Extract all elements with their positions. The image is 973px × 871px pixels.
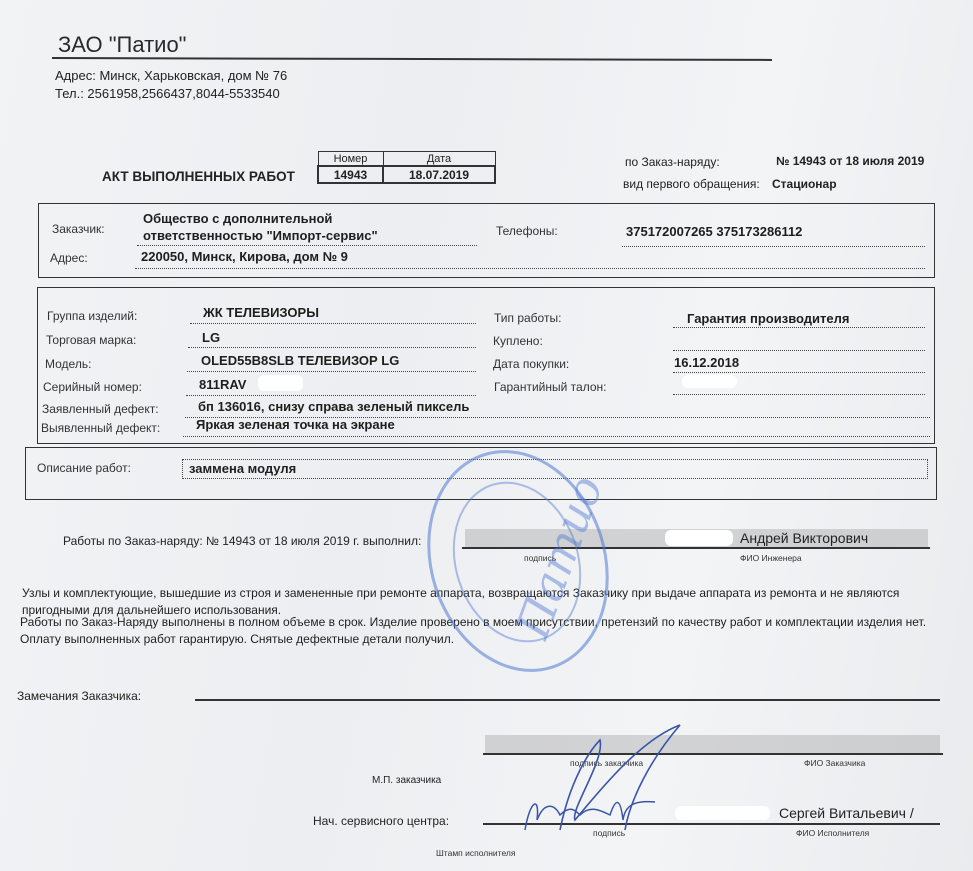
customer-name-caption: ФИО Заказчика (804, 758, 865, 768)
warranty-redaction (682, 375, 737, 388)
work-description-label: Описание работ: (37, 461, 131, 475)
found-defect-value: Яркая зеленая точка на экране (196, 417, 395, 432)
head-name: Сергей Витальевич / (779, 805, 914, 821)
act-date: 18.07.2019 (383, 166, 495, 183)
head-signature-icon (515, 790, 665, 840)
header-divider (52, 57, 772, 61)
purchase-date-value: 16.12.2018 (674, 355, 739, 370)
engineer-caption: ФИО Инженера (740, 553, 802, 563)
work-type-value: Гарантия производителя (687, 311, 849, 326)
head-name-caption: ФИО Исполнителя (796, 828, 869, 838)
visit-type-label: вид первого обращения: (623, 177, 760, 191)
group-underline (190, 323, 476, 324)
product-group-label: Группа изделий: (47, 309, 137, 323)
serial-underline (186, 395, 476, 396)
remarks-label: Замечания Заказчика: (17, 689, 141, 703)
claimed-defect-value: бп 136016, снизу справа зеленый пиксель (198, 399, 469, 414)
act-title: АКТ ВЫПОЛНЕННЫХ РАБОТ (102, 169, 295, 184)
company-address: Адрес: Минск, Харьковская, дом № 76 (55, 68, 287, 83)
order-label: по Заказ-наряду: (625, 155, 720, 169)
date-header: Дата (383, 152, 495, 167)
act-number: 14943 (318, 166, 383, 183)
visit-type-value: Стационар (772, 177, 837, 191)
head-label: Нач. сервисного центра: (313, 814, 449, 828)
warranty-underline (673, 394, 925, 395)
found-defect-label: Выявленный дефект: (41, 421, 160, 435)
purchase-date-label: Дата покупки: (493, 357, 569, 371)
work-description-value: заммена модуля (189, 461, 296, 476)
phones-underline (622, 246, 925, 247)
customer-address-value: 220050, Минск, Кирова, дом № 9 (141, 249, 348, 264)
model-value: OLED55B8SLB ТЕЛЕВИЗОР LG (201, 353, 399, 368)
brand-label: Торговая марка: (46, 333, 136, 347)
act-number-table: Номер Дата 14943 18.07.2019 (317, 151, 496, 184)
brand-value: LG (202, 330, 220, 345)
bought-underline (673, 350, 925, 351)
engineer-surname-redaction (665, 530, 733, 546)
model-underline (187, 371, 476, 372)
customer-name-line1: Общество с дополнительной (143, 211, 332, 226)
company-phones: Тел.: 2561958,2566437,8044-5533540 (55, 86, 280, 101)
serial-value: 811RAV (199, 377, 246, 392)
phones-label: Телефоны: (496, 224, 558, 238)
customer-name-line2: ответственностью "Импорт-сервис" (143, 228, 378, 243)
customer-address-label: Адрес: (50, 251, 88, 265)
company-name: ЗАО "Патио" (58, 32, 187, 58)
brand-underline (188, 347, 476, 348)
address-underline (135, 268, 925, 269)
serial-redaction (258, 375, 303, 391)
serial-label: Серийный номер: (43, 380, 142, 394)
performed-text: Работы по Заказ-наряду: № 14943 от 18 ию… (63, 534, 421, 548)
customer-stamp-caption: М.П. заказчика (372, 775, 441, 786)
number-header: Номер (318, 152, 383, 167)
customer-underline (137, 245, 477, 246)
work-type-underline (673, 327, 925, 328)
warranty-card-label: Гарантийный талон: (494, 380, 606, 394)
claimed-defect-label: Заявленный дефект: (42, 402, 159, 416)
phones-value: 375172007265 375173286112 (626, 224, 802, 239)
found-defect-underline (183, 436, 930, 437)
bought-label: Куплено: (493, 334, 543, 348)
engineer-name: Андрей Викторович (740, 530, 868, 546)
customer-label: Заказчик: (52, 222, 105, 236)
remarks-line[interactable] (195, 699, 940, 701)
model-label: Модель: (45, 357, 91, 371)
executor-stamp-caption: Штамп исполнителя (436, 848, 515, 858)
work-type-label: Тип работы: (494, 311, 561, 325)
document-page: ЗАО "Патио" Адрес: Минск, Харьковская, д… (0, 0, 973, 871)
order-value: № 14943 от 18 июля 2019 (776, 154, 924, 168)
product-group-value: ЖК ТЕЛЕВИЗОРЫ (203, 305, 319, 320)
purchase-date-underline (673, 372, 925, 373)
